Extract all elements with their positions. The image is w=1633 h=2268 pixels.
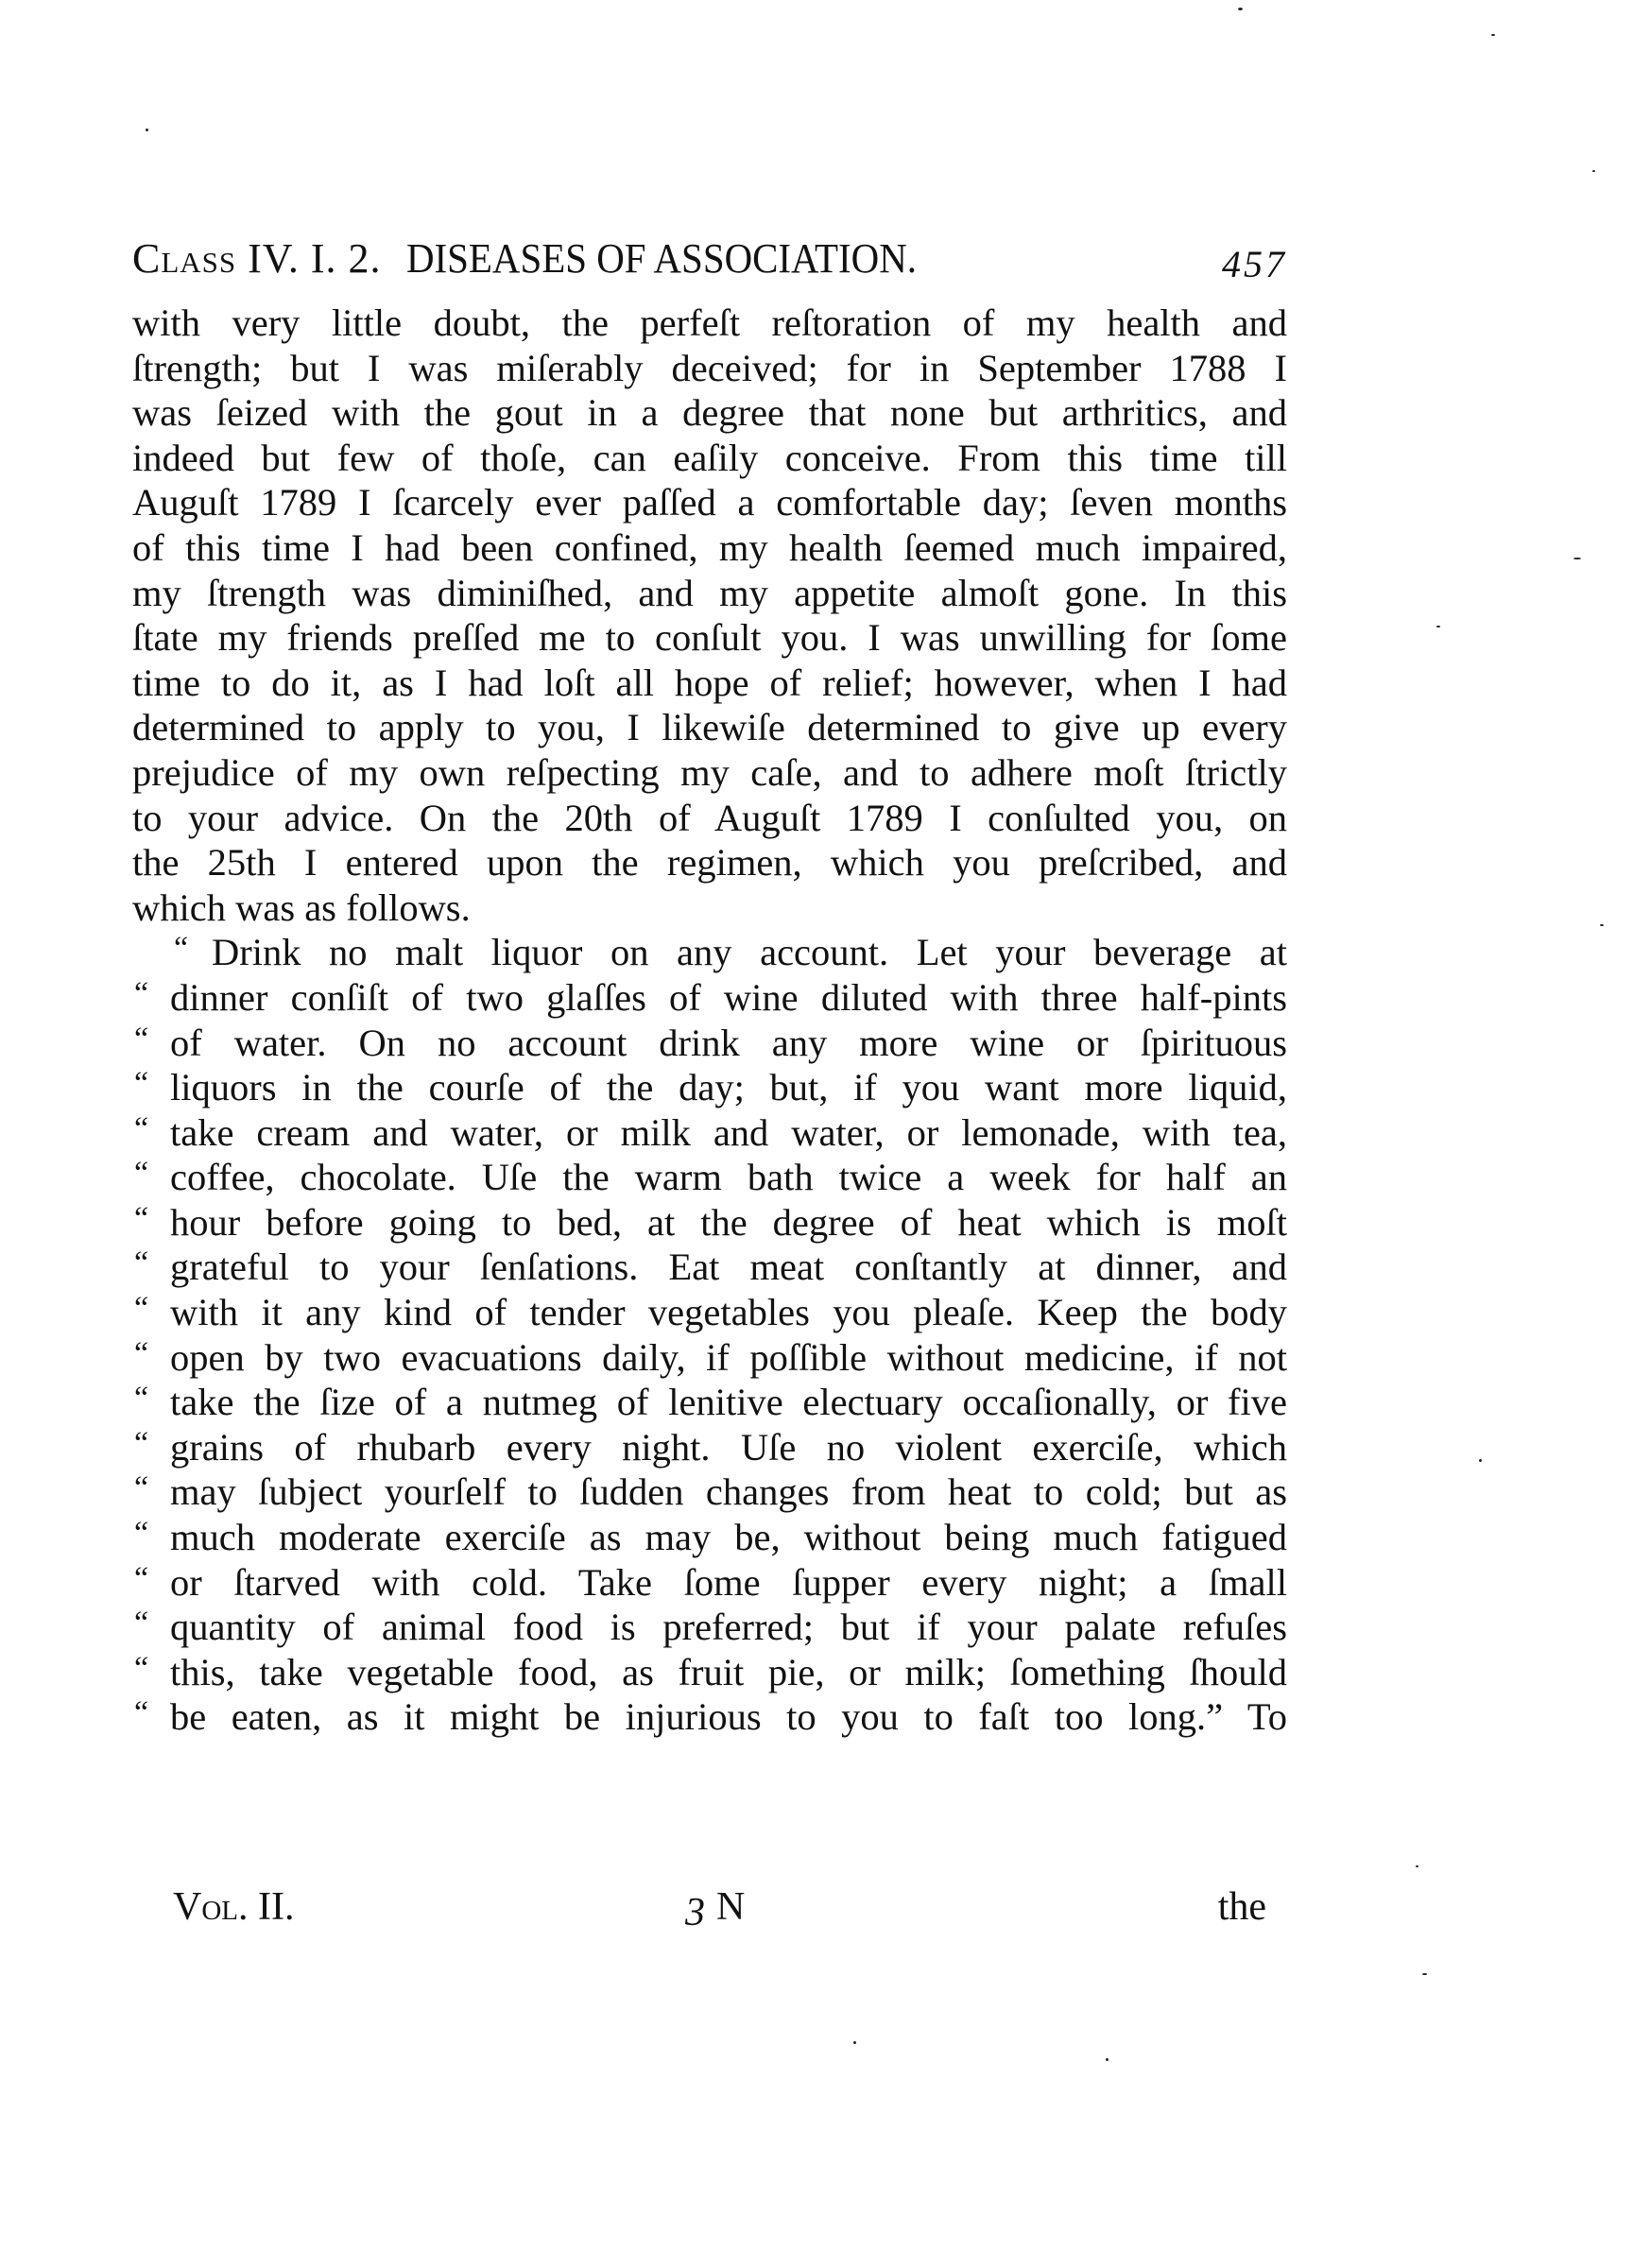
scan-speck bbox=[1491, 34, 1495, 36]
text-line: time to do it, as I had loſt all hope of… bbox=[132, 661, 1287, 706]
running-head: Class IV. I. 2. DISEASES OF ASSOCIATION.… bbox=[132, 232, 1287, 285]
open-quote-mark: “ bbox=[134, 1061, 148, 1107]
open-quote-mark: “ bbox=[134, 1332, 148, 1377]
text-line: ſtate my friends preſſed me to conſult y… bbox=[132, 615, 1287, 661]
open-quote-mark: “ bbox=[134, 1646, 148, 1692]
text-line: the 25th I entered upon the regimen, whi… bbox=[132, 840, 1287, 885]
quote-line: “open by two evacuations daily, if poſſi… bbox=[132, 1335, 1287, 1381]
scan-speck bbox=[1106, 2058, 1109, 2061]
chapter-title: DISEASES OF ASSOCIATION. bbox=[406, 232, 917, 285]
page-footer: Vol. II. 3N the bbox=[132, 1881, 1287, 1933]
open-quote-mark: “ bbox=[134, 1017, 148, 1062]
quote-line: “this, take vegetable food, as fruit pie… bbox=[132, 1650, 1287, 1695]
scan-speck bbox=[1592, 170, 1595, 172]
scan-speck bbox=[853, 2041, 856, 2044]
text-line: of this time I had been confined, my hea… bbox=[132, 525, 1287, 571]
scan-speck bbox=[1573, 558, 1581, 559]
signature-mark: 3N bbox=[685, 1881, 745, 1933]
open-quote-mark: “ bbox=[134, 1556, 148, 1602]
regimen-quotation: “Drink no malt liquor on any account. Le… bbox=[132, 930, 1287, 1740]
open-quote-mark: “ bbox=[134, 1466, 148, 1511]
quote-line: “or ſtarved with cold. Take ſome ſupper … bbox=[132, 1560, 1287, 1606]
volume-label: Vol. II. bbox=[173, 1881, 294, 1933]
text-line: to your advice. On the 20th of Auguſt 17… bbox=[132, 796, 1287, 841]
book-page: Class IV. I. 2. DISEASES OF ASSOCIATION.… bbox=[0, 0, 1633, 2268]
quote-line: “of water. On no account drink any more … bbox=[132, 1021, 1287, 1066]
open-quote-mark: “ bbox=[134, 1241, 148, 1286]
scan-speck bbox=[1422, 1973, 1427, 1975]
text-line: my ſtrength was diminiſhed, and my appet… bbox=[132, 571, 1287, 616]
quote-line: “take the ſize of a nutmeg of lenitive e… bbox=[132, 1380, 1287, 1425]
open-quote-mark: “ bbox=[134, 1286, 148, 1332]
quote-line: “dinner conſiſt of two glaſſes of wine d… bbox=[132, 975, 1287, 1021]
open-quote-mark: “ bbox=[134, 1601, 148, 1646]
open-quote-mark: “ bbox=[134, 1107, 148, 1152]
signature-letter: N bbox=[716, 1885, 745, 1929]
quote-line: “much moderate exerciſe as may be, witho… bbox=[132, 1515, 1287, 1560]
text-line: with very little doubt, the perfeſt reſt… bbox=[132, 301, 1287, 346]
quote-line: “be eaten, as it might be injurious to y… bbox=[132, 1694, 1287, 1740]
open-quote-mark: “ bbox=[134, 1151, 148, 1196]
open-quote-mark: “ bbox=[134, 1511, 148, 1556]
text-line: prejudice of my own reſpecting my caſe, … bbox=[132, 750, 1287, 796]
scan-speck bbox=[146, 129, 148, 131]
text-line: was ſeized with the gout in a degree tha… bbox=[132, 390, 1287, 436]
open-quote-mark: “ bbox=[134, 971, 148, 1017]
quote-line: “may ſubject yourſelf to ſudden changes … bbox=[132, 1469, 1287, 1515]
scan-speck bbox=[1238, 8, 1243, 10]
text-line: indeed but few of thoſe, can eaſily conc… bbox=[132, 436, 1287, 481]
scan-speck bbox=[1600, 924, 1604, 926]
quote-line: “quantity of animal food is preferred; b… bbox=[132, 1605, 1287, 1650]
scan-speck bbox=[1436, 626, 1440, 627]
quote-line: “take cream and water, or milk and water… bbox=[132, 1110, 1287, 1156]
quote-line: “grains of rhubarb every night. Uſe no v… bbox=[132, 1425, 1287, 1470]
body-text: with very little doubt, the perfeſt reſt… bbox=[132, 301, 1287, 1740]
quote-line: “coffee, chocolate. Uſe the warm bath tw… bbox=[132, 1155, 1287, 1200]
scan-speck bbox=[1479, 1459, 1482, 1462]
open-quote-mark: “ bbox=[134, 1691, 148, 1736]
quote-line: “liquors in the courſe of the day; but, … bbox=[132, 1065, 1287, 1110]
text-line: which was as follows. bbox=[132, 885, 1287, 931]
page-number: 457 bbox=[1222, 238, 1287, 291]
quote-line: “Drink no malt liquor on any account. Le… bbox=[132, 930, 1287, 975]
quote-line: “grateful to your ſenſations. Eat meat c… bbox=[132, 1245, 1287, 1290]
scan-speck bbox=[1416, 1865, 1418, 1867]
text-line: determined to apply to you, I likewiſe d… bbox=[132, 705, 1287, 750]
open-quote-mark: “ bbox=[134, 1196, 148, 1242]
narrative-paragraph: with very little doubt, the perfeſt reſt… bbox=[132, 301, 1287, 930]
open-quote-mark: “ bbox=[134, 1376, 148, 1421]
catchword: the bbox=[1218, 1881, 1266, 1933]
quote-line: “with it any kind of tender vegetables y… bbox=[132, 1290, 1287, 1335]
quote-line: “hour before going to bed, at the degree… bbox=[132, 1200, 1287, 1246]
section-label: Class IV. I. 2. bbox=[132, 232, 382, 285]
signature-number: 3 bbox=[685, 1891, 705, 1934]
text-line: Auguſt 1789 I ſcarcely ever paſſed a com… bbox=[132, 480, 1287, 525]
open-quote-mark: “ bbox=[174, 926, 188, 971]
open-quote-mark: “ bbox=[134, 1421, 148, 1467]
text-line: ſtrength; but I was miſerably deceived; … bbox=[132, 346, 1287, 391]
